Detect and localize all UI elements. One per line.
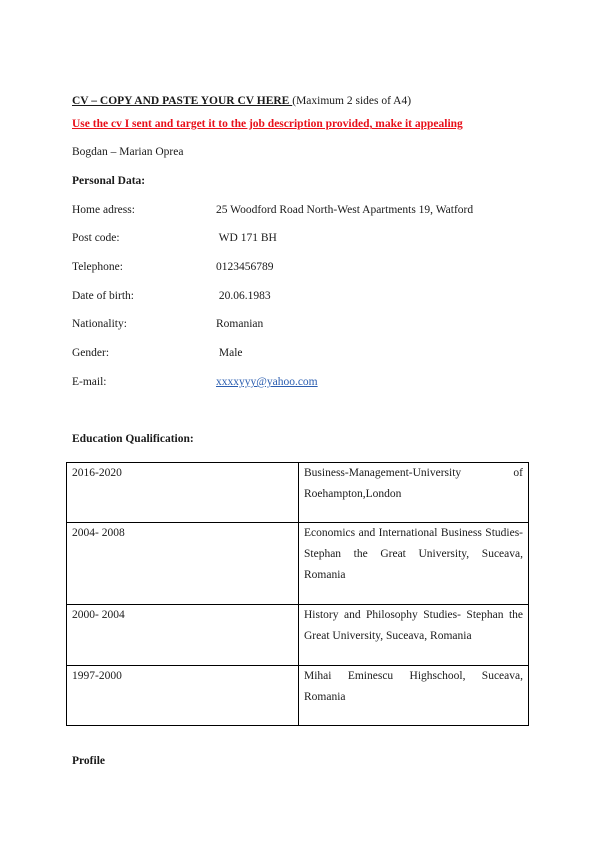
field-value-dob: 20.06.1983: [216, 290, 271, 302]
document-title: CV – COPY AND PASTE YOUR CV HERE (Maximu…: [72, 95, 411, 107]
field-value-telephone: 0123456789: [216, 261, 274, 273]
personal-data-heading: Personal Data:: [72, 175, 145, 187]
education-heading: Education Qualification:: [72, 433, 194, 445]
field-label-email: E-mail:: [72, 376, 107, 388]
education-years: 2004- 2008: [67, 523, 299, 605]
field-label-dob: Date of birth:: [72, 290, 134, 302]
field-label-telephone: Telephone:: [72, 261, 123, 273]
education-description: Economics and International Business Stu…: [299, 523, 529, 605]
email-link[interactable]: xxxxyyy@yahoo.com: [216, 376, 318, 388]
education-description: History and Philosophy Studies- Stephan …: [299, 605, 529, 666]
table-row: 2004- 2008 Economics and International B…: [67, 523, 529, 605]
field-value-postcode: WD 171 BH: [216, 232, 277, 244]
table-row: 1997-2000 Mihai Eminescu Highschool, Suc…: [67, 666, 529, 726]
table-row: 2000- 2004 History and Philosophy Studie…: [67, 605, 529, 666]
table-row: 2016-2020 Business-Management-University…: [67, 463, 529, 523]
field-label-postcode: Post code:: [72, 232, 120, 244]
field-value-nationality: Romanian: [216, 318, 263, 330]
education-years: 2016-2020: [67, 463, 299, 523]
field-value-address: 25 Woodford Road North-West Apartments 1…: [216, 204, 473, 216]
profile-heading: Profile: [72, 755, 105, 767]
title-bold: CV – COPY AND PASTE YOUR CV HERE: [72, 95, 292, 107]
education-years: 2000- 2004: [67, 605, 299, 666]
education-table: 2016-2020 Business-Management-University…: [66, 462, 529, 726]
education-description: Mihai Eminescu Highschool, Suceava, Roma…: [299, 666, 529, 726]
field-value-gender: Male: [216, 347, 243, 359]
education-description: Business-Management-University of Roeham…: [299, 463, 529, 523]
title-note: (Maximum 2 sides of A4): [292, 95, 411, 107]
candidate-name: Bogdan – Marian Oprea: [72, 146, 183, 158]
field-label-address: Home adress:: [72, 204, 135, 216]
instruction-text: Use the cv I sent and target it to the j…: [72, 118, 463, 130]
field-label-gender: Gender:: [72, 347, 109, 359]
field-label-nationality: Nationality:: [72, 318, 127, 330]
education-years: 1997-2000: [67, 666, 299, 726]
